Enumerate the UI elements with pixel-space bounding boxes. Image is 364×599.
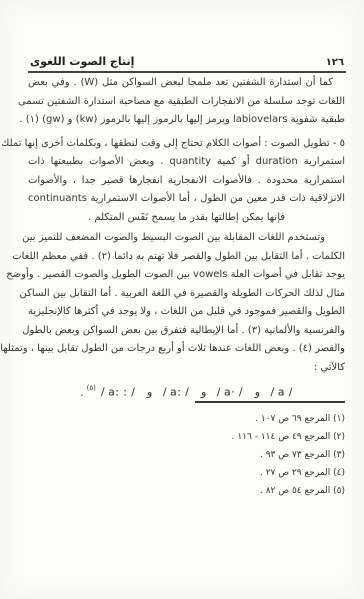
body-text: كما أن استدارة الشفتين تعد ملمحا لبعض ال… [28,74,345,398]
running-head-title: إنتاج الصوت اللغوى [30,55,134,68]
text-line: استمرارية duration أو كمية quantity . وب… [28,153,345,172]
text-line: الكلمات . أما التقابل بين الطول والقصر ف… [28,248,345,267]
formula-period: . [80,386,84,399]
text-line: استمرارية محدودة . فالأصوات الانفجارية ا… [28,172,345,191]
footnote-item: (٢) المرجع ٤٩ ص ١١٤ - ١١٦ . [28,428,345,446]
text-line: اللغات توجد سلسلة من الانفجارات الطبقية … [28,93,345,112]
text-line: والفرنسية والألمانية (٣) . أما الإيطالية… [28,322,345,341]
vowel-length-formula: .(٥)/ a: : / و / a: / و / a· / و / a / [28,380,345,398]
text-line: والقصر (٤) . وبعض اللغات عندها ثلاث أو أ… [28,340,345,359]
text-line: وتستخدم اللغات المقابلة بين الصوت البسيط… [28,229,345,248]
page-header: إنتاج الصوت اللغوى ١٢٦ [30,52,344,68]
paragraph-sound-lengthening: ٥ - تطويل الصوت : أصوات الكلام تحتاج إلى… [28,135,345,228]
text-line: طبقية شفوية labiovelars ويرمز إليها بالر… [28,111,345,130]
text-line: ٥ - تطويل الصوت : أصوات الكلام تحتاج إلى… [28,135,345,154]
paragraph-length-contrast: وتستخدم اللغات المقابلة بين الصوت البسيط… [28,229,345,377]
paragraph-lip-rounding: كما أن استدارة الشفتين تعد ملمحا لبعض ال… [28,74,345,130]
formula-footnote-marker: (٥) [87,384,96,392]
text-line: يوجد تقابل في أصوات العلة vowels بين الص… [28,266,345,285]
text-line: فإنها يمكن إطالتها بقدر ما يسمح نَفَس ال… [28,209,345,228]
footnote-separator [195,401,345,403]
footnotes-section: (١) المرجع ٦٩ ص ١٠٧ . (٢) المرجع ٤٩ ص ١١… [28,401,345,500]
header-rule [28,71,346,73]
text-line: الطويل والقصير فموجود في قليل من اللغات … [28,303,345,322]
text-line: كما أن استدارة الشفتين تعد ملمحا لبعض ال… [28,74,345,93]
book-page: إنتاج الصوت اللغوى ١٢٦ كما أن استدارة ال… [0,0,364,599]
footnote-item: (٥) المرجع ٥٤ ص ٨٢ . [28,482,345,500]
text-line: الانزلاقية ذات قدر معين من الطول ، أما ا… [28,190,345,209]
formula-items: / a: : / و / a: / و / a· / و / a / [101,386,293,399]
text-line: كالآتي : [28,359,345,378]
footnote-item: (١) المرجع ٦٩ ص ١٠٧ . [28,410,345,428]
footnote-item: (٤) المرجع ٢٩ ص ٢٧ . [28,464,345,482]
footnote-item: (٣) المرجع ٧٣ ص ٩٣ . [28,446,345,464]
text-line: مثال لذلك الحركات الطويلة والقصيرة في ال… [28,285,345,304]
page-number: ١٢٦ [320,57,344,68]
